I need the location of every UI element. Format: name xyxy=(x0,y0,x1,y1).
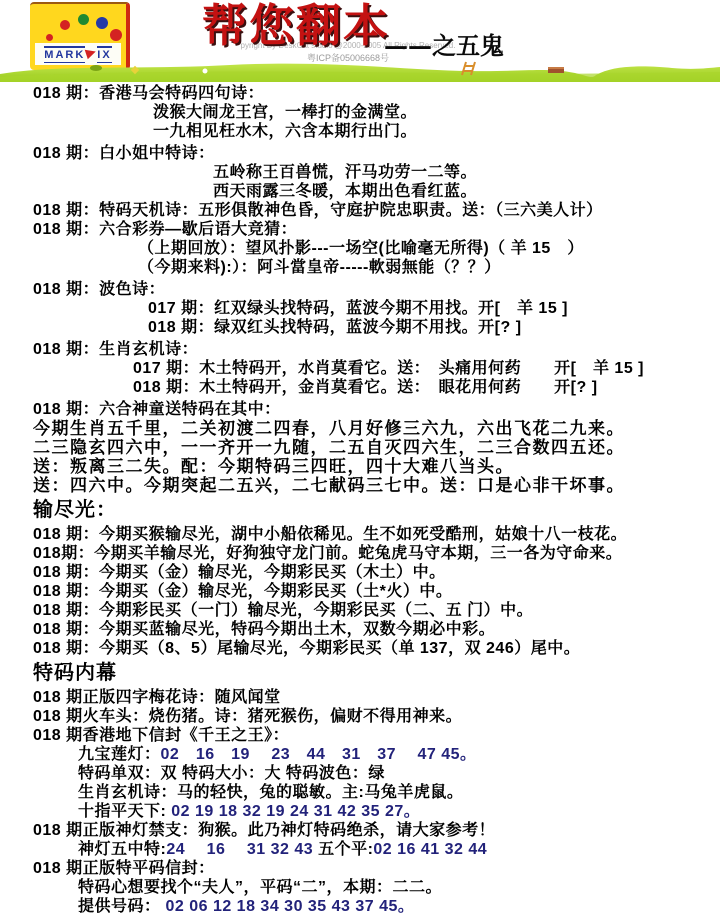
text-line: 018 期：白小姐中特诗： xyxy=(33,144,720,163)
section-heading-shujinguang: 输尽光： xyxy=(33,499,720,521)
page-header: MARK IX pyright By DeskCat studio @2000-… xyxy=(0,0,720,84)
text-line: 017 期：木土特码开，水肖莫看它。送： 头痛用何药 开[ 羊 15 ] xyxy=(33,359,720,378)
text-line: （上期回放）：望风扑影---一场空(比喻毫无所得)（ 羊 15 ） xyxy=(33,239,720,258)
text-line: 018 期火车头：烧伤猪。诗：猪死猴伤，偏财不得用神来。 xyxy=(33,707,720,726)
text-line: 018 期：今期买（金）输尽光，今期彩民买（土*火）中。 xyxy=(33,582,720,601)
hill-bush-icon xyxy=(90,65,102,71)
number-line: 十指平天下: 02 19 18 32 19 24 31 42 35 27。 xyxy=(33,802,720,821)
poem-line: 五岭称王百兽慌，汗马功劳一二等。 xyxy=(33,163,720,182)
hill-brick-icon xyxy=(548,67,564,73)
text-line: 018 期：今期彩民买（一门）输尽光，今期彩民买（二、五 门）中。 xyxy=(33,601,720,620)
text-line: 018 期：特码天机诗：五形俱散神色昏，守庭护院忠职责。送：（三六美人计） xyxy=(33,201,720,220)
number-line-label2: 五个平: xyxy=(318,841,373,858)
text-line: 018 期：今期买猴输尽光，湖中小船依稀见。生不如死受酷刑，姑娘十八一枝花。 xyxy=(33,525,720,544)
section-heading-temaneimu: 特码内幕 xyxy=(33,662,720,684)
text-line: 018 期：波色诗： xyxy=(33,280,720,299)
number-line: 提供号码： 02 06 12 18 34 30 35 43 37 45。 xyxy=(33,897,720,916)
number-line-label: 神灯五中特: xyxy=(78,841,166,858)
text-line: 018 期：木土特码开，金肖莫看它。送： 眼花用何药 开[? ] xyxy=(33,378,720,397)
text-line: 018 期：香港马会特码四句诗： xyxy=(33,84,720,103)
text-line: 018 期：今期买蓝输尽光，特码今期出土木，双数今期必中彩。 xyxy=(33,620,720,639)
number-line-values: 02 16 19 23 44 31 37 47 45。 xyxy=(161,746,477,763)
text-line: 018 期正版特平码信封： xyxy=(33,859,720,878)
logo-dot-green-icon xyxy=(78,14,89,25)
logo-dot-red-icon xyxy=(46,34,53,41)
number-line-values: 24 16 31 32 43 xyxy=(166,841,318,858)
number-line: 九宝莲灯：02 16 19 23 44 31 37 47 45。 xyxy=(33,745,720,764)
page-subtitle: ——之五鬼 xyxy=(384,26,504,61)
text-line: 018 期香港地下信封《千王之王》： xyxy=(33,726,720,745)
number-line: 神灯五中特:24 16 31 32 43 五个平:02 16 41 32 44 xyxy=(33,840,720,859)
text-line: 018 期正版神灯禁支：狗猴。此乃神灯特码绝杀，请大家参考！ xyxy=(33,821,720,840)
text-line: 特码心想要找个“夫人”，平码“二”，本期：二二。 xyxy=(33,878,720,897)
text-line: （今期来料):）：阿斗當皇帝-----軟弱無能（？？） xyxy=(33,258,720,277)
text-line: 018 期：生肖玄机诗： xyxy=(33,340,720,359)
text-line: 018 期：绿双红头找特码，蓝波今期不用找。开[? ] xyxy=(33,318,720,337)
logo-dot-red-icon xyxy=(60,20,70,30)
text-line: 017 期：红双绿头找特码，蓝波今期不用找。开[ 羊 15 ] xyxy=(33,299,720,318)
number-line-label: 九宝莲灯： xyxy=(78,746,161,763)
text-line: 018 期：今期买（金）输尽光，今期彩民买（木土）中。 xyxy=(33,563,720,582)
text-line: 018 期：六合彩券—歇后语大竞猜： xyxy=(33,220,720,239)
text-line: 生肖玄机诗：马的轻快，兔的聪敏。主:马兔羊虎鼠。 xyxy=(33,783,720,802)
number-line-values: 02 06 12 18 34 30 35 43 37 45。 xyxy=(165,898,414,915)
poem-line: 泼猴大闹龙王宫，一棒打的金满堂。 xyxy=(33,103,720,122)
poem-line: 送：叛离三二失。配：今期特码三四旺，四十大难八当头。 xyxy=(33,457,720,476)
poem-line: 送：四六中。今期突起二五兴，二七献码三七中。送：口是心非干坏事。 xyxy=(33,476,720,495)
poem-line: 二三隐玄四六中，一一齐开一九随，二五自灭四六生，二三合数四五还。 xyxy=(33,438,720,457)
number-line-label: 十指平天下: xyxy=(78,803,171,820)
logo-dot-red-icon xyxy=(110,29,122,41)
text-line: 018 期：六合神童送特码在其中： xyxy=(33,400,720,419)
number-line-values: 02 19 18 32 19 24 31 42 35 27。 xyxy=(171,803,420,820)
poem-line: 一九相见枉水木，六含本期行出门。 xyxy=(33,122,720,141)
number-line-label: 提供号码： xyxy=(78,898,165,915)
poem-line: 今期生肖五千里，二关初渡二四春，八月好修三六九，六出飞花二九来。 xyxy=(33,419,720,438)
page: MARK IX pyright By DeskCat studio @2000-… xyxy=(0,0,720,916)
page-title: 帮您翻本 xyxy=(202,0,390,52)
text-line: 018期：今期买羊输尽光，好狗独守龙门前。蛇兔虎马守本期，三一各为守命来。 xyxy=(33,544,720,563)
text-line: 特码单双：双 特码大小：大 特码波色：绿 xyxy=(33,764,720,783)
text-line: 018 期：今期买（8、5）尾输尽光，今期彩民买（单 137，双 246）尾中。 xyxy=(33,639,720,658)
hill-flower-icon xyxy=(203,69,208,74)
content: 018 期：香港马会特码四句诗： 泼猴大闹龙王宫，一棒打的金满堂。 一九相见枉水… xyxy=(33,84,720,916)
number-line-values2: 02 16 41 32 44 xyxy=(373,841,487,858)
logo-dot-blue-icon xyxy=(96,17,108,29)
poem-line: 西天雨露三冬暖，本期出色看红蓝。 xyxy=(33,182,720,201)
text-line: 018 期正版四字梅花诗：随风闻堂 xyxy=(33,688,720,707)
